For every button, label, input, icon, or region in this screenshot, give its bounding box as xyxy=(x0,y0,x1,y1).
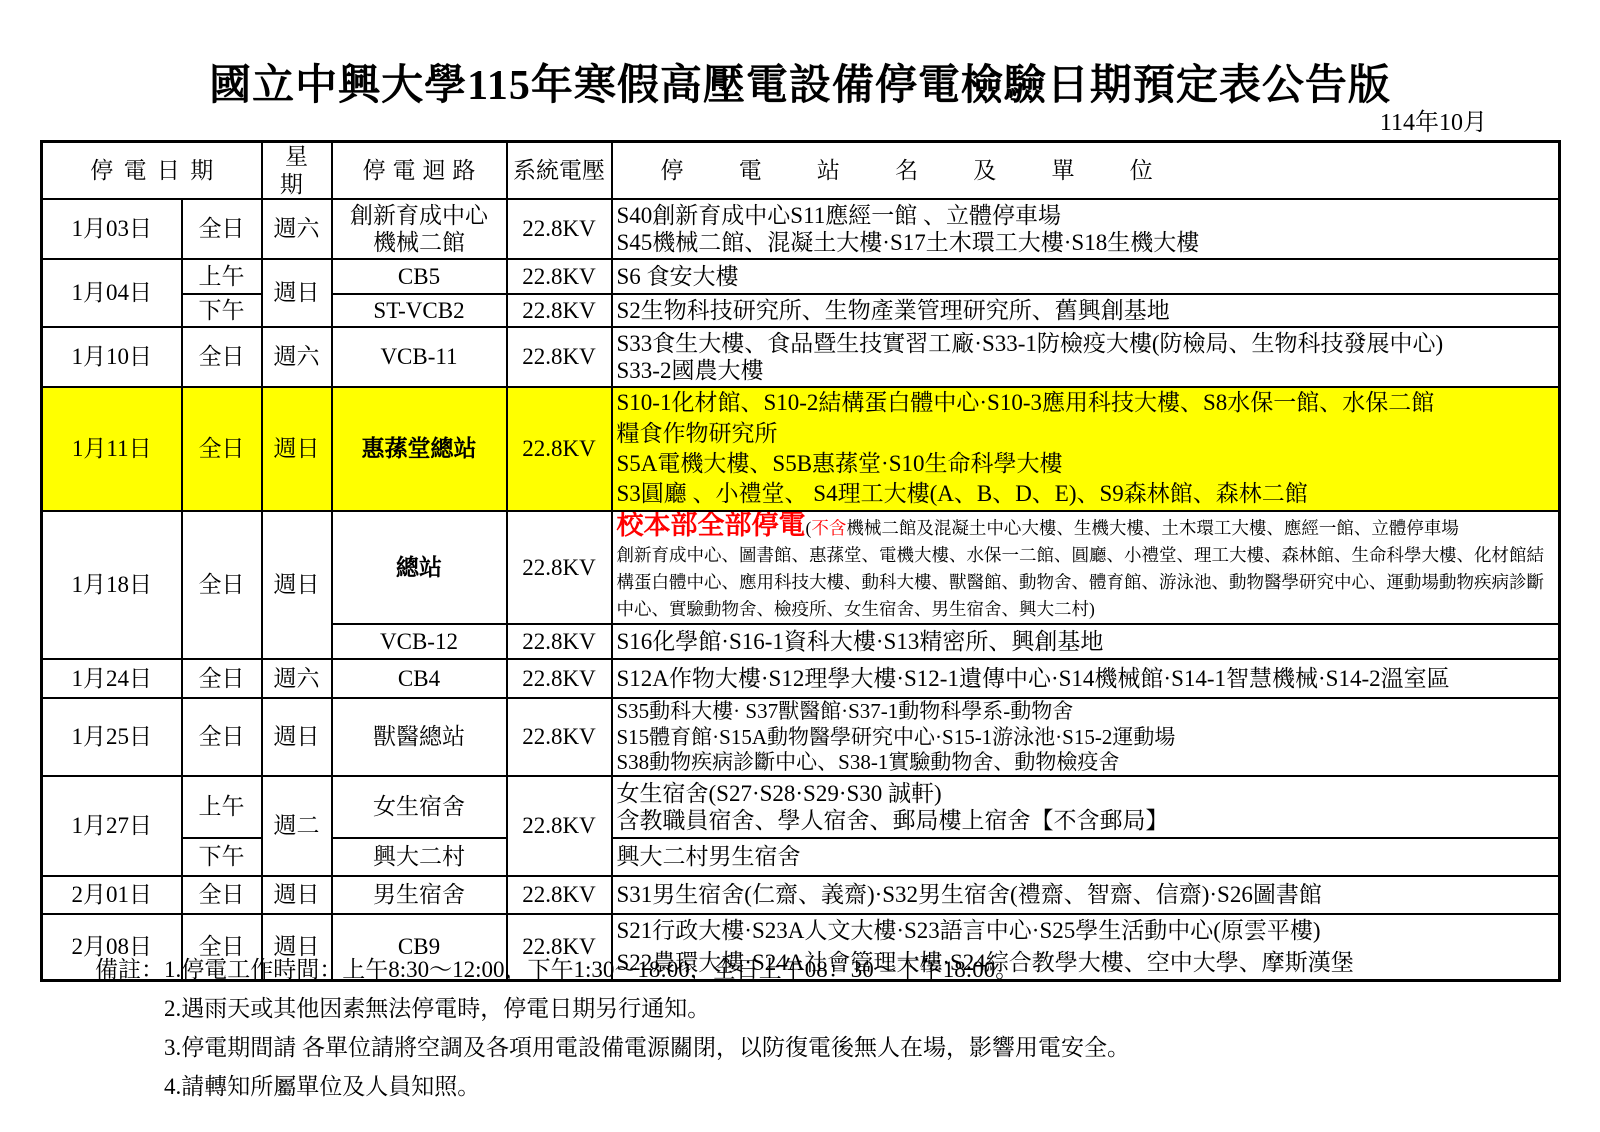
footnote-item: 1.停電工作時間：上午8:30～12:00，下午1:30～18:00，全日上午0… xyxy=(164,950,1130,989)
cell-week: 週日 xyxy=(262,876,332,914)
cell-period: 下午 xyxy=(182,838,262,876)
table-row: 1月03日 全日 週六 創新育成中心 機械二館 22.8KV S40創新育成中心… xyxy=(42,199,1560,259)
cell-stations: S2生物科技研究所、生物產業管理研究所、舊興創基地 xyxy=(612,294,1560,327)
outage-schedule-table: 停電日期 星期 停電迴路 系統電壓 停電站名及單位 1月03日 全日 週六 創新… xyxy=(40,140,1561,982)
cell-period: 全日 xyxy=(182,698,262,776)
cell-stations: 興大二村男生宿舍 xyxy=(612,838,1560,876)
cell-period: 上午 xyxy=(182,259,262,294)
header-week: 星期 xyxy=(262,142,332,200)
footnotes-list: 1.停電工作時間：上午8:30～12:00，下午1:30～18:00，全日上午0… xyxy=(164,950,1130,1106)
announcement-page: 國立中興大學115年寒假高壓電設備停電檢驗日期預定表公告版 114年10月 停電… xyxy=(0,0,1600,1132)
cell-voltage: 22.8KV xyxy=(507,199,612,259)
cell-date: 1月24日 xyxy=(42,659,182,698)
outage-headline: 校本部全部停電 xyxy=(617,511,806,540)
cell-week: 週二 xyxy=(262,776,332,876)
cell-voltage: 22.8KV xyxy=(507,511,612,625)
cell-period: 全日 xyxy=(182,876,262,914)
footnote-item: 2.遇雨天或其他因素無法停電時，停電日期另行通知。 xyxy=(164,989,1130,1028)
cell-date: 1月25日 xyxy=(42,698,182,776)
cell-period: 上午 xyxy=(182,776,262,838)
cell-voltage: 22.8KV xyxy=(507,776,612,876)
header-voltage: 系統電壓 xyxy=(507,142,612,200)
cell-voltage: 22.8KV xyxy=(507,327,612,387)
cell-week: 週六 xyxy=(262,659,332,698)
table-row: 1月25日 全日 週日 獸醫總站 22.8KV S35動科大樓· S37獸醫館·… xyxy=(42,698,1560,776)
table-header-row: 停電日期 星期 停電迴路 系統電壓 停電站名及單位 xyxy=(42,142,1560,200)
cell-circuit: 創新育成中心 機械二館 xyxy=(332,199,507,259)
cell-week: 週日 xyxy=(262,698,332,776)
table-row: 1月10日 全日 週六 VCB-11 22.8KV S33食生大樓、食品暨生技實… xyxy=(42,327,1560,387)
cell-circuit: 惠蓀堂總站 xyxy=(332,387,507,510)
footnote-item: 4.請轉知所屬單位及人員知照。 xyxy=(164,1067,1130,1106)
cell-period: 全日 xyxy=(182,327,262,387)
footnotes-label: 備註： xyxy=(95,950,164,1106)
cell-date: 1月27日 xyxy=(42,776,182,876)
cell-period: 全日 xyxy=(182,511,262,660)
table-row: 1月24日 全日 週六 CB4 22.8KV S12A作物大樓·S12理學大樓·… xyxy=(42,659,1560,698)
cell-circuit: CB5 xyxy=(332,259,507,294)
cell-date: 1月03日 xyxy=(42,199,182,259)
cell-stations: S33食生大樓、食品暨生技實習工廠·S33-1防檢疫大樓(防檢局、生物科技發展中… xyxy=(612,327,1560,387)
cell-stations: S6 食安大樓 xyxy=(612,259,1560,294)
cell-circuit: 興大二村 xyxy=(332,838,507,876)
cell-stations: 女生宿舍(S27·S28·S29·S30 誠軒) 含教職員宿舍、學人宿舍、郵局樓… xyxy=(612,776,1560,838)
header-stations: 停電站名及單位 xyxy=(612,142,1560,200)
header-circuit: 停電迴路 xyxy=(332,142,507,200)
cell-period: 下午 xyxy=(182,294,262,327)
cell-voltage: 22.8KV xyxy=(507,294,612,327)
table-row: 1月04日 上午 週日 CB5 22.8KV S6 食安大樓 xyxy=(42,259,1560,294)
cell-week: 週六 xyxy=(262,327,332,387)
cell-week: 週日 xyxy=(262,387,332,510)
cell-stations: S40創新育成中心S11應經一館 、立體停車場 S45機械二館、混凝土大樓·S1… xyxy=(612,199,1560,259)
main-outage-text: 校本部全部停電(不含機械二館及混凝土中心大樓、生機大樓、土木環工大樓、應經一館、… xyxy=(617,512,1555,624)
cell-date: 1月11日 xyxy=(42,387,182,510)
cell-date: 1月04日 xyxy=(42,259,182,327)
cell-period: 全日 xyxy=(182,387,262,510)
cell-voltage: 22.8KV xyxy=(507,387,612,510)
table-row: 1月27日 上午 週二 女生宿舍 22.8KV 女生宿舍(S27·S28·S29… xyxy=(42,776,1560,838)
cell-voltage: 22.8KV xyxy=(507,698,612,776)
footnotes: 備註： 1.停電工作時間：上午8:30～12:00，下午1:30～18:00，全… xyxy=(95,950,1130,1106)
cell-voltage: 22.8KV xyxy=(507,876,612,914)
cell-circuit: VCB-11 xyxy=(332,327,507,387)
cell-circuit: 女生宿舍 xyxy=(332,776,507,838)
exclude-label: 不含 xyxy=(811,518,846,538)
cell-circuit: 男生宿舍 xyxy=(332,876,507,914)
cell-stations: S10-1化材館、S10-2結構蛋白體中心·S10-3應用科技大樓、S8水保一館… xyxy=(612,387,1560,510)
cell-period: 全日 xyxy=(182,199,262,259)
cell-week: 週日 xyxy=(262,511,332,660)
cell-stations: S16化學館·S16-1資科大樓·S13精密所、興創基地 xyxy=(612,624,1560,659)
header-date: 停電日期 xyxy=(42,142,262,200)
cell-date: 1月10日 xyxy=(42,327,182,387)
cell-voltage: 22.8KV xyxy=(507,659,612,698)
cell-date: 1月18日 xyxy=(42,511,182,660)
page-title: 國立中興大學115年寒假高壓電設備停電檢驗日期預定表公告版 xyxy=(0,52,1600,112)
cell-date: 2月01日 xyxy=(42,876,182,914)
cell-stations: S31男生宿舍(仁齋、義齋)·S32男生宿舍(禮齋、智齋、信齋)·S26圖書館 xyxy=(612,876,1560,914)
cell-period: 全日 xyxy=(182,659,262,698)
cell-stations-main-outage: 校本部全部停電(不含機械二館及混凝土中心大樓、生機大樓、土木環工大樓、應經一館、… xyxy=(612,511,1560,625)
cell-week: 週日 xyxy=(262,259,332,327)
cell-voltage: 22.8KV xyxy=(507,259,612,294)
cell-circuit: CB4 xyxy=(332,659,507,698)
cell-circuit: ST-VCB2 xyxy=(332,294,507,327)
cell-circuit: VCB-12 xyxy=(332,624,507,659)
issue-date: 114年10月 xyxy=(1380,102,1487,137)
table-row: 1月18日 全日 週日 總站 22.8KV 校本部全部停電(不含機械二館及混凝土… xyxy=(42,511,1560,625)
cell-circuit: 總站 xyxy=(332,511,507,625)
footnote-item: 3.停電期間請 各單位請將空調及各項用電設備電源關閉，以防復電後無人在場，影響用… xyxy=(164,1028,1130,1067)
table-row-highlighted: 1月11日 全日 週日 惠蓀堂總站 22.8KV S10-1化材館、S10-2結… xyxy=(42,387,1560,510)
cell-circuit: 獸醫總站 xyxy=(332,698,507,776)
table-row: 2月01日 全日 週日 男生宿舍 22.8KV S31男生宿舍(仁齋、義齋)·S… xyxy=(42,876,1560,914)
cell-stations: S12A作物大樓·S12理學大樓·S12-1遺傳中心·S14機械館·S14-1智… xyxy=(612,659,1560,698)
cell-voltage: 22.8KV xyxy=(507,624,612,659)
cell-stations: S35動科大樓· S37獸醫館·S37-1動物科學系-動物舍 S15體育館·S1… xyxy=(612,698,1560,776)
cell-week: 週六 xyxy=(262,199,332,259)
